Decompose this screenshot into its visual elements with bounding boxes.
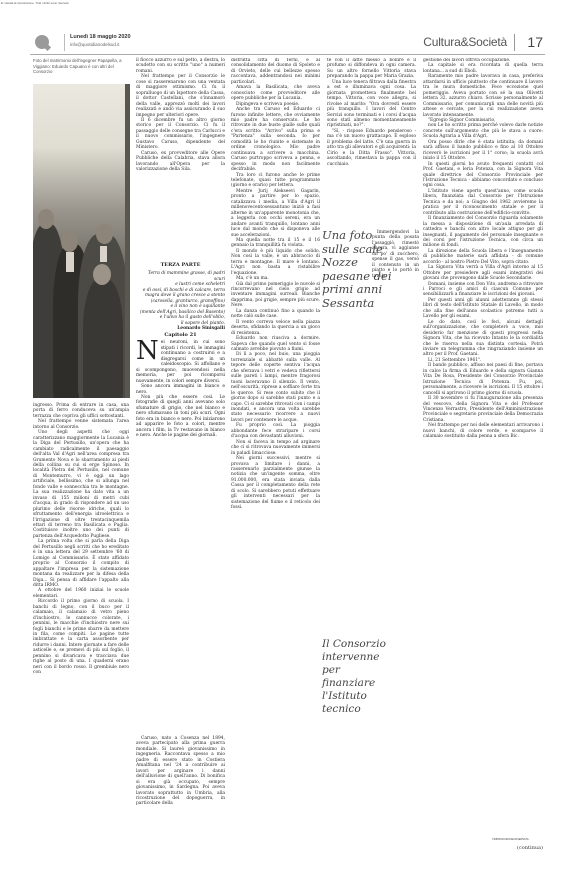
paragraph: La capitale si era ricordata di quella t… bbox=[423, 63, 543, 74]
paragraph: Riccordo il primo giorno di scuola. I ba… bbox=[33, 599, 129, 675]
paragraph: Uno degli aspetti che oggi caratterizzan… bbox=[33, 430, 129, 539]
paragraph: Caruso, nato a Cosenza nel 1894, aveva p… bbox=[136, 736, 225, 807]
paragraph: Amava la Basilicata, che aveva conosciut… bbox=[231, 85, 320, 101]
pull-quote-consorzio: Il Consorzio intervenne per finanziare l… bbox=[322, 638, 392, 716]
pull-quote-photo: Una foto sulle scale Nozze paesane dei p… bbox=[322, 229, 392, 310]
paragraph: Il mondo è più liquido che solido. Non c… bbox=[231, 249, 320, 276]
paragraph: Ora posso dirle che è stata istituita; d… bbox=[423, 140, 543, 162]
paragraph: Anche tra Caruso ed Eduardo ci furono in… bbox=[231, 107, 320, 172]
chapter-block: Capitolo 21 Nei neuroni, in cui sono sti… bbox=[136, 333, 225, 439]
poem-author: Leonardo Sinisgalli bbox=[136, 326, 225, 331]
paragraph: La prima volta che si parla della Diga d… bbox=[33, 539, 129, 588]
paragraph: il fiocco azzurro e sul petto, a destra,… bbox=[136, 58, 225, 74]
paragraph: Sono ancora immagini in bianco e nero. bbox=[136, 384, 225, 395]
drop-cap: N bbox=[136, 341, 159, 362]
paragraph: Caruso, ex provveditore alle Opere Pubbl… bbox=[136, 151, 225, 173]
photo-caption: Foto del matrimonio dell'ingegner Papape… bbox=[33, 58, 128, 75]
paragraph: Il finanziamento del Consorzio riguarda … bbox=[423, 216, 543, 249]
paragraph: ingresso. Prima di entrare in casa, una … bbox=[33, 403, 129, 419]
paragraph: Nel frattempo venne sistemata l'area int… bbox=[33, 419, 129, 430]
paragraph: "Sì, - rispose Eduardo pensieroso - ma c… bbox=[327, 129, 416, 167]
article-column-2-bottom: Caruso, nato a Cosenza nel 1894, aveva p… bbox=[136, 736, 225, 807]
paragraph: Fu proprio così. La pioggia abbondante f… bbox=[231, 423, 320, 439]
paragraph: L'Istituto viene aperto quest'anno, come… bbox=[423, 189, 543, 216]
article-column-1: ingresso. Prima di entrare in casa, una … bbox=[33, 403, 129, 676]
page-header: Lunedì 18 maggio 2020 info@quotidianodel… bbox=[30, 33, 545, 53]
paragraph: non Le ho scritto prima perché volevo da… bbox=[423, 123, 543, 139]
paragraph: Già dal primo pomeriggio le nuvole si ri… bbox=[231, 282, 320, 309]
part-title: TERZA PARTE bbox=[136, 263, 225, 268]
paragraph: Non si faceva in tempo ad arginare che c… bbox=[231, 440, 320, 456]
paragraph: Le do dato, così le feci, alcuni dettagl… bbox=[423, 320, 543, 358]
paragraph: Di lì a poco, nel buio, una pioggia torr… bbox=[231, 352, 320, 423]
header-rule bbox=[30, 54, 545, 55]
paragraph: In questi giorni ho avuto frequenti cont… bbox=[423, 162, 543, 189]
paragraph: La direzione della Scuola libera e l'ins… bbox=[423, 249, 543, 265]
article-column-4: te con il latte messo a bollire e il pro… bbox=[327, 58, 416, 228]
newspaper-logo-icon bbox=[35, 35, 49, 49]
paragraph: Il vento correva veloce nella piazza des… bbox=[231, 320, 320, 336]
paragraph: Per questi anni gli alunni adotteranno g… bbox=[423, 298, 543, 320]
contact-email: info@quotidianodelsud.it bbox=[70, 42, 119, 47]
section-title: Cultura&Società bbox=[423, 35, 507, 49]
copyright-footer: ©RIPRODUZIONE RISERVATA bbox=[492, 838, 529, 841]
article-column-2: il fiocco azzurro e sul petto, a destra,… bbox=[136, 58, 225, 173]
paragraph: Raramente mio padre lavorava in casa, pr… bbox=[423, 74, 543, 118]
paragraph: Tra loro ci furono anche le prime telefo… bbox=[231, 173, 320, 189]
header-divider bbox=[64, 34, 65, 51]
paragraph: distrutta città di Terni, e al consolida… bbox=[231, 58, 320, 85]
paragraph: Il bando pubblico, affisso nei paesi di … bbox=[423, 363, 543, 396]
paragraph: Nel frattempo per il Consorzio le cose s… bbox=[136, 74, 225, 118]
paragraph: te con il latte messo a bollire e il pro… bbox=[327, 58, 416, 80]
article-column-3: distrutta città di Terni, e al consolida… bbox=[231, 58, 320, 738]
paragraph: La danza continuò fino a quando la notte… bbox=[231, 309, 320, 320]
paragraph: Nel frattempo per noi delle elementari a… bbox=[423, 423, 543, 439]
paragraph: Il 6 dicembre fu un altro giorno storico… bbox=[136, 118, 225, 151]
page-number: 17 bbox=[527, 34, 543, 50]
paragraph: Nei giorni successivi, mentre si provava… bbox=[231, 456, 320, 511]
paragraph: La Signora Vita verrà a Villa d'Agri int… bbox=[423, 265, 543, 281]
paragraph: Non più che essere così. Le fotografie d… bbox=[136, 395, 225, 439]
issue-date: Lunedì 18 maggio 2020 bbox=[70, 34, 131, 40]
paragraph: Domani, insieme con Don Vito, andremo a … bbox=[423, 282, 543, 298]
paragraph: Il 30 novembre ci fu l'inaugurazione all… bbox=[423, 396, 543, 423]
article-column-5: gestione dei lavori offriva occupazione.… bbox=[423, 58, 543, 838]
paragraph: A ottobre del 1960 iniziai le scuole ele… bbox=[33, 588, 129, 599]
poem-line: Terra di mammine grasse, di padri scuri bbox=[136, 271, 225, 282]
poem-line: magra dove il grano cresce a stento bbox=[136, 293, 225, 298]
page-number-divider bbox=[514, 34, 515, 51]
paragraph: Mentre Jurij Alekseevi Gagarin, pronto a… bbox=[231, 189, 320, 238]
copyright-notice: E' vietata la riproduzione. Tutti i diri… bbox=[1, 1, 68, 5]
paragraph: Eduardo non riusciva a dormire. Sapeva c… bbox=[231, 336, 320, 352]
paragraph: Una luce tenera filtrava dalla finestra … bbox=[327, 80, 416, 129]
continues-label: (continua) bbox=[517, 845, 543, 851]
poem-epigraph: TERZA PARTE Terra di mammine grasse, di … bbox=[136, 263, 225, 331]
wedding-photo bbox=[33, 84, 130, 398]
paragraph: Ma quella notte tra il 15 e il 16 gennai… bbox=[231, 238, 320, 249]
